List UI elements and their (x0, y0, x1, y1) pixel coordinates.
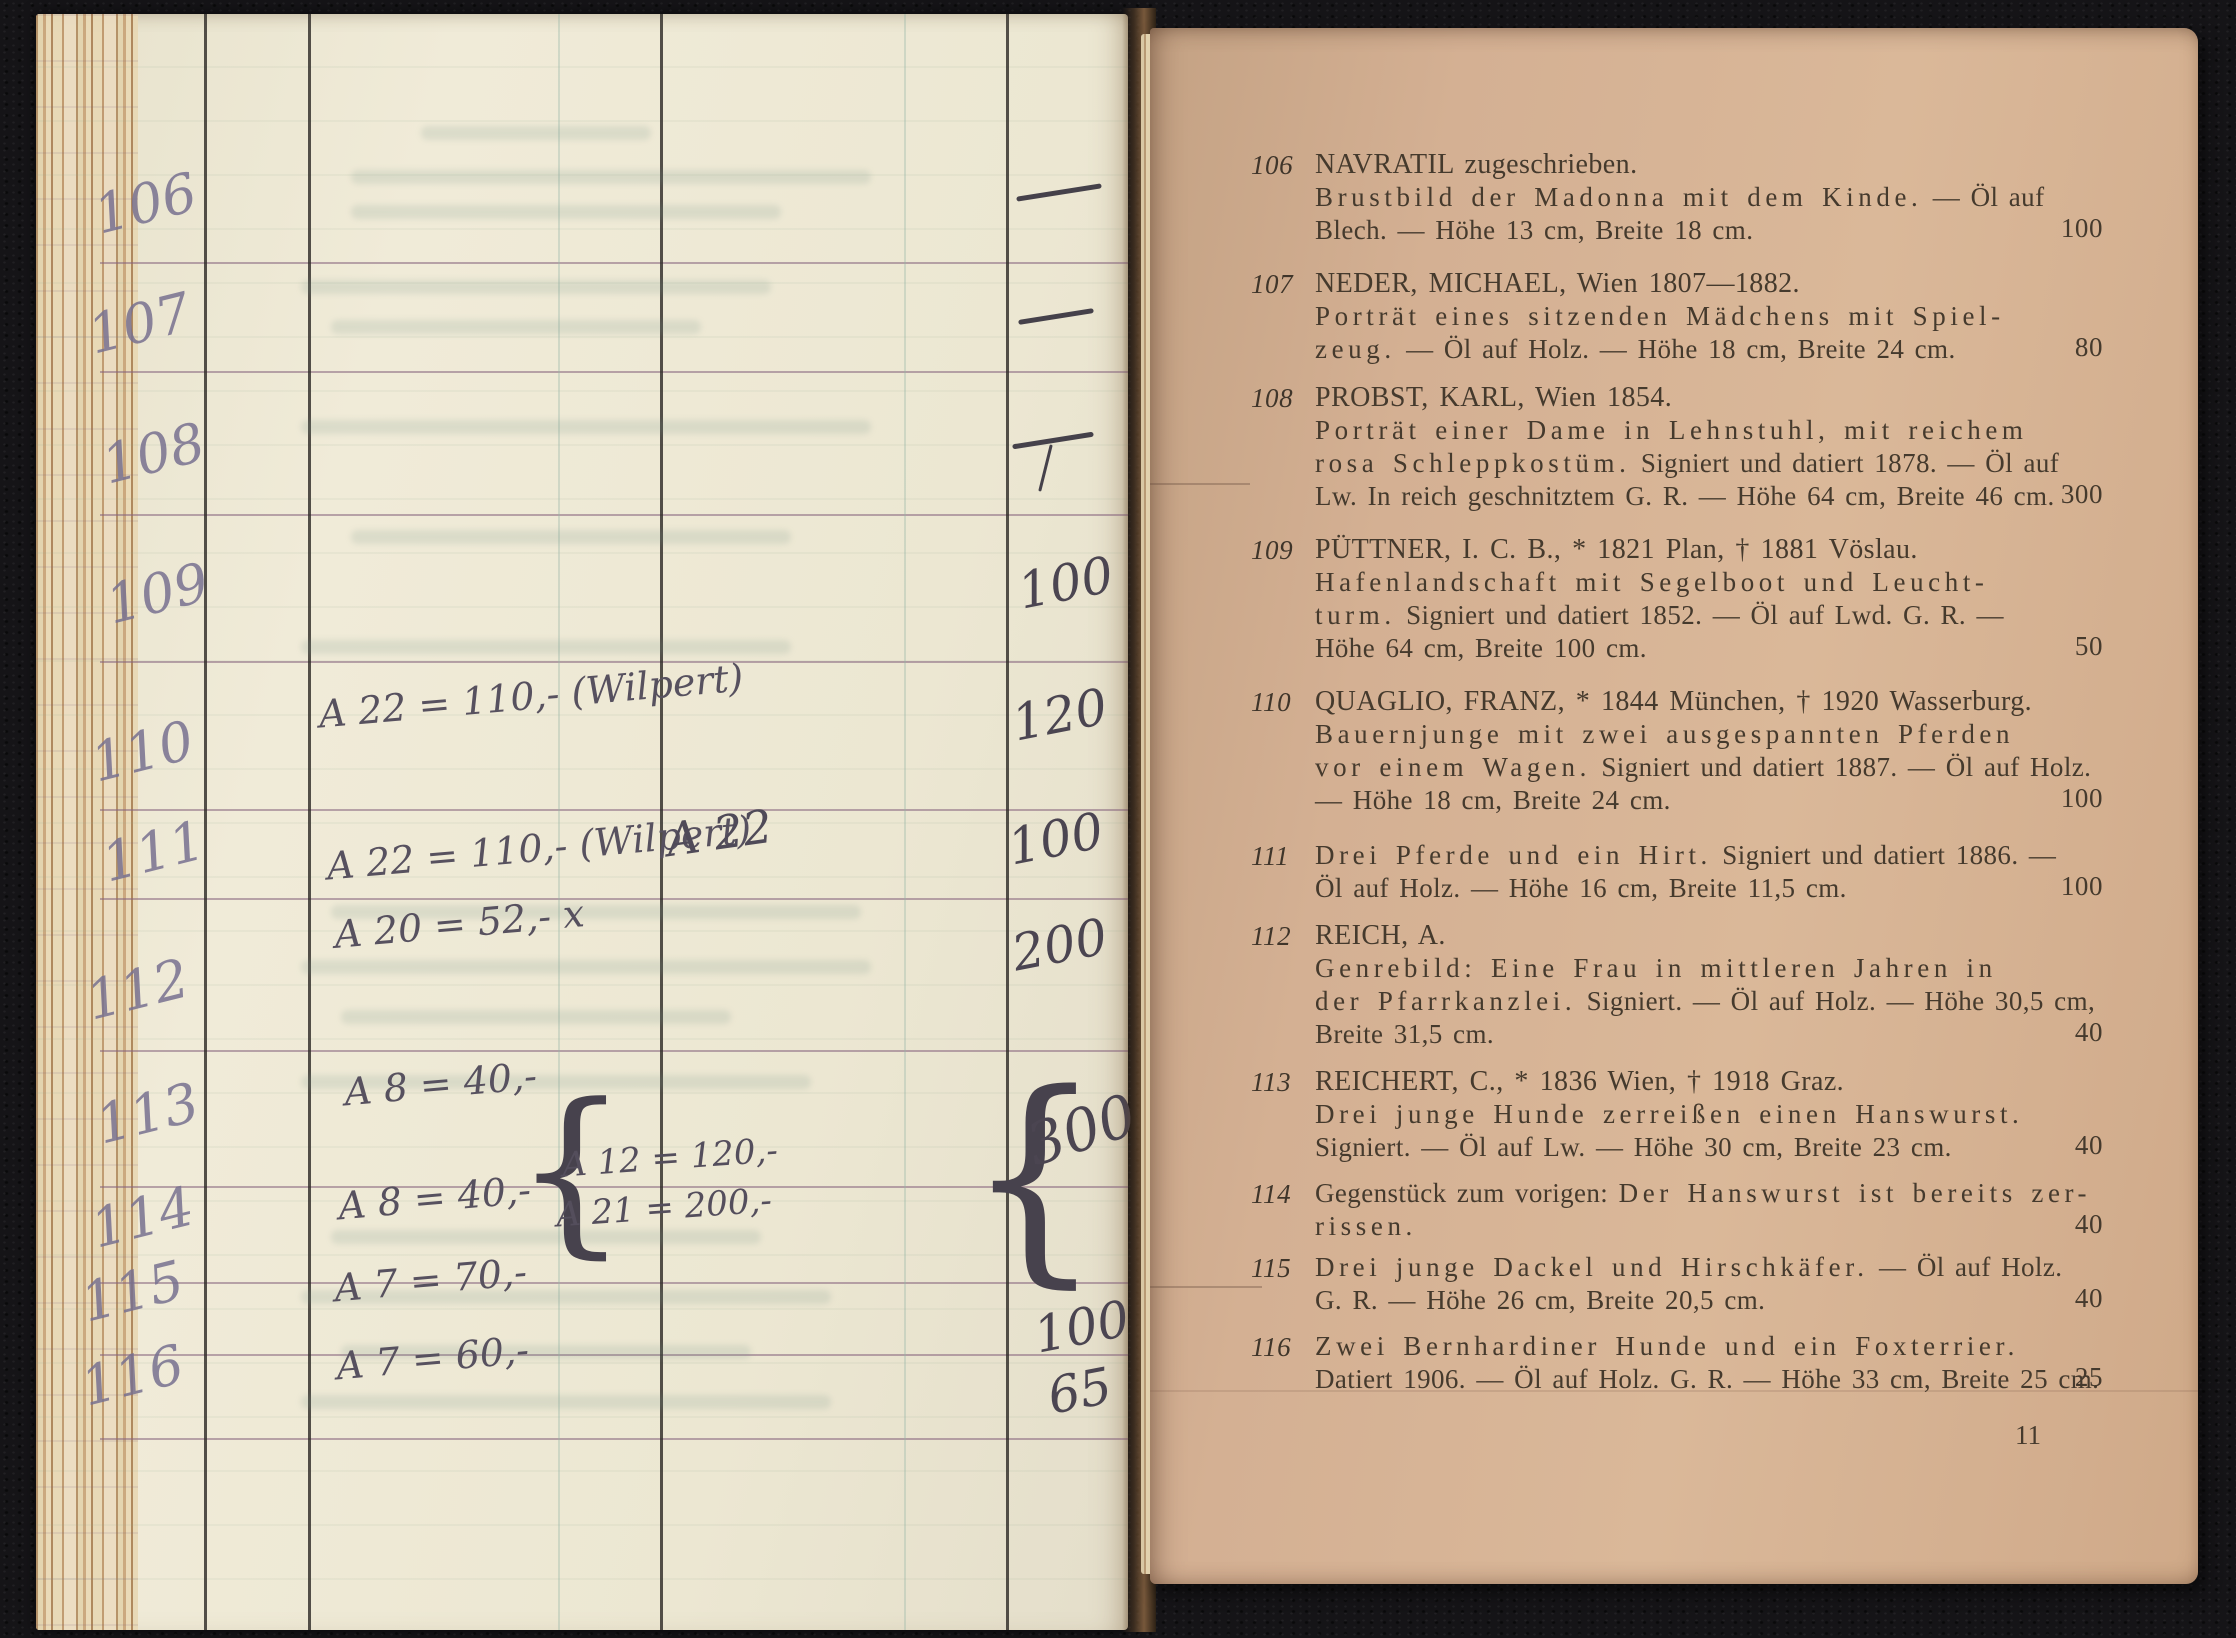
bleedthrough-text-smudge (351, 170, 871, 184)
text: Signiert. — Öl auf Lw. — Höhe 30 cm, Bre… (1315, 1132, 1952, 1162)
text: REICHERT, C., * 1836 Wien, † 1918 Graz. (1315, 1066, 1844, 1097)
catalog-entry: 109PÜTTNER, I. C. B., * 1821 Plan, † 188… (1315, 533, 2105, 665)
catalog-entry: 112REICH, A.Genrebild: Eine Frau in mitt… (1315, 919, 2105, 1051)
catalog-entry-price: 40 (2075, 1016, 2103, 1049)
catalog-entry-price: 80 (2075, 331, 2103, 364)
text: — Öl auf Holz. (1869, 1252, 2063, 1282)
ledger-price: 65 (1043, 1356, 1117, 1425)
catalog-entry-number: 109 (1251, 534, 1293, 567)
catalog-entry-line: zeug. — Öl auf Holz. — Höhe 18 cm, Breit… (1315, 333, 2105, 366)
text: Öl auf Holz. — Höhe 16 cm, Breite 11,5 c… (1315, 873, 1847, 903)
bleedthrough-text-smudge (301, 960, 871, 974)
text: Höhe 64 cm, Breite 100 cm. (1315, 633, 1647, 663)
catalog-entry-number: 114 (1251, 1178, 1291, 1211)
catalog-entry-price: 300 (2061, 478, 2103, 511)
text: G. R. — Höhe 26 cm, Breite 20,5 cm. (1315, 1285, 1765, 1315)
text: Signiert und datiert 1852. — Öl auf Lwd.… (1396, 600, 2004, 630)
ledger-page: 106107108109100110A 22 = 110,- (Wilpert)… (36, 14, 1128, 1630)
catalog-entry-line: rissen. (1315, 1210, 2105, 1243)
catalog-entry-line: Drei junge Dackel und Hirschkäfer. — Öl … (1315, 1251, 2105, 1284)
catalog-entry: 113REICHERT, C., * 1836 Wien, † 1918 Gra… (1315, 1065, 2105, 1164)
catalog-entry-line: NAVRATIL zugeschrieben. (1315, 148, 2105, 181)
catalog-entry: 116Zwei Bernhardiner Hunde und ein Foxte… (1315, 1330, 2105, 1396)
letterspaced-text: zeug. (1315, 334, 1396, 364)
catalog-entry-price: 40 (2075, 1129, 2103, 1162)
ledger-column-rule (308, 14, 311, 1630)
bleedthrough-text-smudge (341, 1010, 731, 1024)
ledger-row-line (100, 262, 1128, 264)
catalog-entry-line: PROBST, KARL, Wien 1854. (1315, 381, 2105, 414)
catalog-entry-line: Hafenlandschaft mit Segelboot und Leucht… (1315, 566, 2105, 599)
letterspaced-text: Zwei Bernhardiner Hunde und ein Foxterri… (1315, 1331, 2019, 1361)
bleedthrough-text-smudge (301, 280, 771, 294)
catalog-entry-number: 112 (1251, 920, 1291, 953)
text: NEDER, MICHAEL, Wien 1807—1882. (1315, 268, 1800, 299)
letterspaced-text: rosa Schleppkostüm. (1315, 448, 1630, 478)
ledger-row-line (100, 898, 1128, 900)
text: QUAGLIO, FRANZ, * 1844 München, † 1920 W… (1315, 686, 2032, 717)
letterspaced-text: rissen. (1315, 1211, 1417, 1241)
letterspaced-text: turm. (1315, 600, 1396, 630)
text: PÜTTNER, I. C. B., * 1821 Plan, † 1881 V… (1315, 534, 1918, 565)
ledger-row-line (100, 661, 1128, 663)
catalog-entry: 114Gegenstück zum vorigen: Der Hanswurst… (1315, 1177, 2105, 1243)
catalog-entry-line: der Pfarrkanzlei. Signiert. — Öl auf Hol… (1315, 985, 2105, 1018)
bleedthrough-text-smudge (421, 126, 651, 140)
catalog-entry-number: 116 (1251, 1331, 1291, 1364)
letterspaced-text: Genrebild: Eine Frau in mittleren Jahren… (1315, 953, 1997, 983)
catalog-entry-line: NEDER, MICHAEL, Wien 1807—1882. (1315, 267, 2105, 300)
catalog-entry-line: Genrebild: Eine Frau in mittleren Jahren… (1315, 952, 2105, 985)
catalog-entry-number: 113 (1251, 1066, 1291, 1099)
bleedthrough-text-smudge (301, 420, 871, 434)
catalog-entry-line: rosa Schleppkostüm. Signiert und datiert… (1315, 447, 2105, 480)
page-crease (1150, 483, 1250, 485)
catalog-entry-price: 100 (2061, 212, 2103, 245)
catalog-entry: 110QUAGLIO, FRANZ, * 1844 München, † 192… (1315, 685, 2105, 817)
letterspaced-text: Drei Pferde und ein Hirt. (1315, 840, 1712, 870)
text: Gegenstück zum vorigen: (1315, 1178, 1619, 1208)
catalog-entry-line: Gegenstück zum vorigen: Der Hanswurst is… (1315, 1177, 2105, 1210)
catalog-page: 106NAVRATIL zugeschrieben.Brustbild der … (1150, 28, 2198, 1584)
bleedthrough-text-smudge (301, 1395, 831, 1409)
catalog-page-edge-sliver (1141, 34, 1150, 1574)
catalog-entry: 108PROBST, KARL, Wien 1854.Porträt einer… (1315, 381, 2105, 513)
letterspaced-text: Hafenlandschaft mit Segelboot und Leucht… (1315, 567, 1989, 597)
catalog-entry-line: QUAGLIO, FRANZ, * 1844 München, † 1920 W… (1315, 685, 2105, 718)
letterspaced-text: Brustbild der Madonna mit dem Kinde. (1315, 182, 1922, 212)
letterspaced-text: Bauernjunge mit zwei ausgespannten Pferd… (1315, 719, 2014, 749)
catalog-entry-price: 25 (2075, 1361, 2103, 1394)
catalog-entry-line: Blech. — Höhe 13 cm, Breite 18 cm. (1315, 214, 2105, 247)
catalog-entry-line: Drei Pferde und ein Hirt. Signiert und d… (1315, 839, 2105, 872)
catalog-entry: 106NAVRATIL zugeschrieben.Brustbild der … (1315, 148, 2105, 247)
catalog-entry: 111Drei Pferde und ein Hirt. Signiert un… (1315, 839, 2105, 905)
letterspaced-text: vor einem Wagen. (1315, 752, 1591, 782)
catalog-entry-line: Porträt eines sitzenden Mädchens mit Spi… (1315, 300, 2105, 333)
ledger-column-rule-faint (904, 14, 906, 1630)
bleedthrough-text-smudge (351, 530, 791, 544)
text: — Öl auf Holz. — Höhe 18 cm, Breite 24 c… (1396, 334, 1956, 364)
catalog-entry-number: 108 (1251, 382, 1293, 415)
letterspaced-text: Drei junge Dackel und Hirschkäfer. (1315, 1252, 1869, 1282)
scan-background: { "ledger": { "rows": [ {"num":"106","pr… (0, 0, 2236, 1638)
ledger-row-line (100, 809, 1128, 811)
text: Blech. — Höhe 13 cm, Breite 18 cm. (1315, 215, 1753, 245)
ledger-price-brace: { (966, 1044, 1103, 1308)
text: Datiert 1906. — Öl auf Holz. G. R. — Höh… (1315, 1364, 2099, 1394)
catalog-entry-line: Bauernjunge mit zwei ausgespannten Pferd… (1315, 718, 2105, 751)
catalog-entry-line: Breite 31,5 cm. (1315, 1018, 2105, 1051)
catalog-entry-line: Brustbild der Madonna mit dem Kinde. — Ö… (1315, 181, 2105, 214)
text: — Höhe 18 cm, Breite 24 cm. (1315, 785, 1671, 815)
letterspaced-text: Drei junge Hunde zerreißen einen Hanswur… (1315, 1099, 2023, 1129)
catalog-entry-price: 100 (2061, 782, 2103, 815)
text: — Öl auf (1922, 182, 2044, 212)
catalog-entry-line: Drei junge Hunde zerreißen einen Hanswur… (1315, 1098, 2105, 1131)
catalog-entries: 106NAVRATIL zugeschrieben.Brustbild der … (1315, 148, 2105, 1396)
ledger-row-line (100, 1438, 1128, 1440)
page-crease (1150, 1286, 1262, 1288)
ledger-column-rule (204, 14, 207, 1630)
text: Signiert. — Öl auf Holz. — Höhe 30,5 cm, (1576, 986, 2095, 1016)
catalog-entry-number: 107 (1251, 268, 1293, 301)
text: Signiert und datiert 1878. — Öl auf (1630, 448, 2059, 478)
bleedthrough-text-smudge (331, 320, 701, 334)
catalog-entry-line: REICHERT, C., * 1836 Wien, † 1918 Graz. (1315, 1065, 2105, 1098)
text: Lw. In reich geschnitztem G. R. — Höhe 6… (1315, 481, 2055, 511)
letterspaced-text: Porträt einer Dame in Lehnstuhl, mit rei… (1315, 415, 2028, 445)
catalog-entry-price: 40 (2075, 1208, 2103, 1241)
catalog-entry-number: 110 (1251, 686, 1291, 719)
catalog-entry-number: 111 (1251, 840, 1289, 873)
text: REICH, A. (1315, 920, 1446, 951)
catalog-entry-line: Datiert 1906. — Öl auf Holz. G. R. — Höh… (1315, 1363, 2105, 1396)
catalog-entry-line: Zwei Bernhardiner Hunde und ein Foxterri… (1315, 1330, 2105, 1363)
text: Signiert und datiert 1887. — Öl auf Holz… (1591, 752, 2091, 782)
catalog-entry-price: 100 (2061, 870, 2103, 903)
text: Breite 31,5 cm. (1315, 1019, 1494, 1049)
catalog-entry-line: Porträt einer Dame in Lehnstuhl, mit rei… (1315, 414, 2105, 447)
catalog-entry-line: Lw. In reich geschnitztem G. R. — Höhe 6… (1315, 480, 2105, 513)
page-number: 11 (1315, 1420, 2041, 1451)
catalog-entry: 115Drei junge Dackel und Hirschkäfer. — … (1315, 1251, 2105, 1317)
text: NAVRATIL zugeschrieben. (1315, 149, 1638, 180)
bleedthrough-text-smudge (351, 205, 781, 219)
catalog-entry-line: vor einem Wagen. Signiert und datiert 18… (1315, 751, 2105, 784)
catalog-entry-price: 50 (2075, 630, 2103, 663)
ledger-row-line (100, 514, 1128, 516)
ledger-row-line (100, 371, 1128, 373)
catalog-entry-number: 115 (1251, 1252, 1291, 1285)
bleedthrough-text-smudge (301, 640, 791, 654)
catalog-entry-price: 40 (2075, 1282, 2103, 1315)
text: PROBST, KARL, Wien 1854. (1315, 382, 1672, 413)
catalog-entry-line: Signiert. — Öl auf Lw. — Höhe 30 cm, Bre… (1315, 1131, 2105, 1164)
letterspaced-text: Der Hanswurst ist bereits zer- (1619, 1178, 2092, 1208)
catalog-entry-number: 106 (1251, 149, 1293, 182)
letterspaced-text: Porträt eines sitzenden Mädchens mit Spi… (1315, 301, 2005, 331)
text: Signiert und datiert 1886. — (1712, 840, 2056, 870)
catalog-entry-line: G. R. — Höhe 26 cm, Breite 20,5 cm. (1315, 1284, 2105, 1317)
catalog-entry-line: REICH, A. (1315, 919, 2105, 952)
catalog-entry-line: — Höhe 18 cm, Breite 24 cm. (1315, 784, 2105, 817)
catalog-entry: 107NEDER, MICHAEL, Wien 1807—1882.Porträ… (1315, 267, 2105, 366)
ledger-column-rule-faint (558, 14, 560, 1630)
catalog-entry-line: PÜTTNER, I. C. B., * 1821 Plan, † 1881 V… (1315, 533, 2105, 566)
letterspaced-text: der Pfarrkanzlei. (1315, 986, 1576, 1016)
catalog-entry-line: Öl auf Holz. — Höhe 16 cm, Breite 11,5 c… (1315, 872, 2105, 905)
catalog-entry-line: turm. Signiert und datiert 1852. — Öl au… (1315, 599, 2105, 632)
catalog-entry-line: Höhe 64 cm, Breite 100 cm. (1315, 632, 2105, 665)
